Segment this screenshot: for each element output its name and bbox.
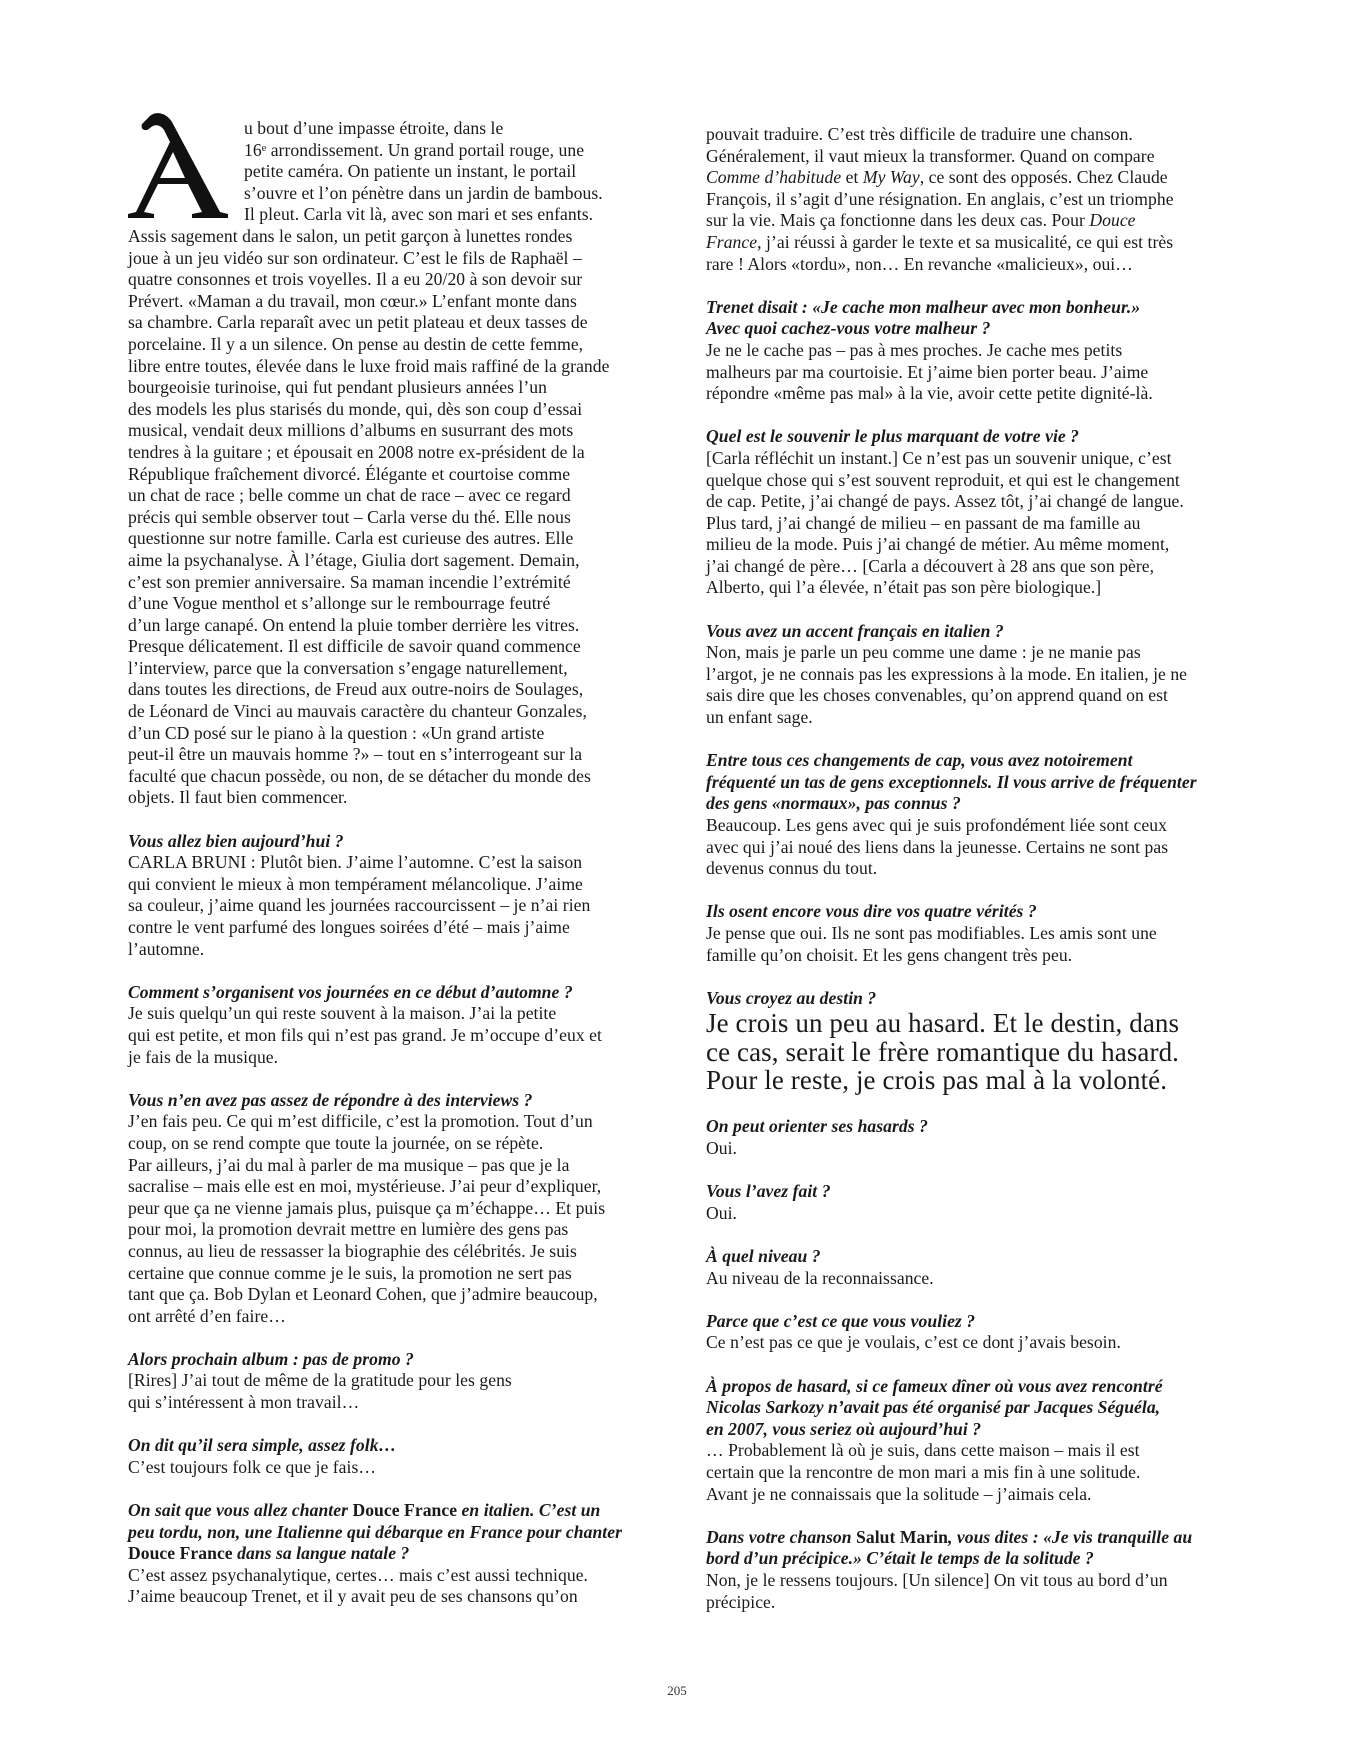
answer-line: qui convient le mieux à mon tempérament … bbox=[128, 874, 648, 896]
answer-line: Avant je ne connaissais que la solitude … bbox=[706, 1484, 1226, 1506]
answer-line: sais dire que les choses convenables, qu… bbox=[706, 685, 1226, 707]
question: Parce que c’est ce que vous vouliez ? bbox=[706, 1311, 1226, 1333]
question: en 2007, vous seriez où aujourd’hui ? bbox=[706, 1419, 1226, 1441]
intro-line: musical, vendait deux millions d’albums … bbox=[128, 420, 648, 442]
qa-block: On peut orienter ses hasards ? Oui. bbox=[706, 1116, 1226, 1159]
answer-line: quelque chose qui s’est souvent reprodui… bbox=[706, 470, 1226, 492]
intro-line: c’est son premier anniversaire. Sa maman… bbox=[128, 572, 648, 594]
intro-line: Prévert. «Maman a du travail, mon cœur.»… bbox=[128, 291, 648, 313]
answer-line: je fais de la musique. bbox=[128, 1047, 648, 1069]
answer-line: J’en fais peu. Ce qui m’est difficile, c… bbox=[128, 1111, 648, 1133]
answer-line: J’aime beaucoup Trenet, et il y avait pe… bbox=[128, 1586, 648, 1608]
intro-line: objets. Il faut bien commencer. bbox=[128, 787, 648, 809]
answer-line: Ce n’est pas ce que je voulais, c’est ce… bbox=[706, 1332, 1226, 1354]
qa-block: Parce que c’est ce que vous vouliez ? Ce… bbox=[706, 1311, 1226, 1354]
answer-line: avec qui j’ai noué des liens dans la jeu… bbox=[706, 837, 1226, 859]
question: Vous avez un accent français en italien … bbox=[706, 621, 1226, 643]
question: des gens «normaux», pas connus ? bbox=[706, 793, 1226, 815]
qa-block: Quel est le souvenir le plus marquant de… bbox=[706, 426, 1226, 599]
qa-block: Trenet disait : «Je cache mon malheur av… bbox=[706, 297, 1226, 405]
answer-line: sur la vie. Mais ça fonctionne dans les … bbox=[706, 210, 1226, 232]
answer-line: sacralise – mais elle est en moi, mystér… bbox=[128, 1176, 648, 1198]
question-part: dans sa langue natale ? bbox=[233, 1543, 410, 1563]
answer-line: Non, je le ressens toujours. [Un silence… bbox=[706, 1570, 1226, 1592]
question: On dit qu’il sera simple, assez folk… bbox=[128, 1435, 648, 1457]
answer-line: pouvait traduire. C’est très difficile d… bbox=[706, 124, 1226, 146]
answer-line: qui s’intéressent à mon travail… bbox=[128, 1392, 648, 1414]
answer-line: pour moi, la promotion devrait mettre en… bbox=[128, 1219, 648, 1241]
question-part: On sait que vous allez chanter bbox=[128, 1500, 352, 1520]
answer-line: milieu de la mode. Puis j’ai changé de m… bbox=[706, 534, 1226, 556]
answer-line: Non, mais je parle un peu comme une dame… bbox=[706, 642, 1226, 664]
question: On sait que vous allez chanter Douce Fra… bbox=[128, 1500, 648, 1522]
qa-block-salut-marin: Dans votre chanson Salut Marin, vous dit… bbox=[706, 1527, 1226, 1613]
answer-line: Oui. bbox=[706, 1138, 1226, 1160]
song-title: France bbox=[706, 232, 757, 252]
answer-line: [Carla réfléchit un instant.] Ce n’est p… bbox=[706, 448, 1226, 470]
song-title: Comme d’habitude bbox=[706, 167, 841, 187]
answer-line: de cap. Petite, j’ai changé de pays. Ass… bbox=[706, 491, 1226, 513]
qa-block: Vous allez bien aujourd’hui ? CARLA BRUN… bbox=[128, 831, 648, 961]
qa-block: Entre tous ces changements de cap, vous … bbox=[706, 750, 1226, 880]
intro-line: un chat de race ; belle comme un chat de… bbox=[128, 485, 648, 507]
intro-line: dans toutes les directions, de Freud aux… bbox=[128, 679, 648, 701]
question: À quel niveau ? bbox=[706, 1246, 1226, 1268]
answer-line: Plus tard, j’ai changé de milieu – en pa… bbox=[706, 513, 1226, 535]
song-title: Douce France bbox=[128, 1543, 233, 1563]
text-part: , ce sont des opposés. Chez Claude bbox=[920, 167, 1168, 187]
question: Alors prochain album : pas de promo ? bbox=[128, 1349, 648, 1371]
answer-line: précipice. bbox=[706, 1592, 1226, 1614]
question: On peut orienter ses hasards ? bbox=[706, 1116, 1226, 1138]
intro-paragraph: Assis sagement dans le salon, un petit g… bbox=[128, 226, 648, 809]
intro-line: joue à un jeu vidéo sur son ordinateur. … bbox=[128, 248, 648, 270]
intro-line: d’une Vogue menthol et s’allonge sur le … bbox=[128, 593, 648, 615]
page-number: 205 bbox=[0, 1683, 1354, 1699]
answer-line: Au niveau de la reconnaissance. bbox=[706, 1268, 1226, 1290]
intro-line: d’un CD posé sur le piano à la question … bbox=[128, 723, 648, 745]
intro-line: des models les plus starisés du monde, q… bbox=[128, 399, 648, 421]
answer-line: Oui. bbox=[706, 1203, 1226, 1225]
intro-line: République fraîchement divorcé. Élégante… bbox=[128, 464, 648, 486]
answer-line: l’argot, je ne connais pas les expressio… bbox=[706, 664, 1226, 686]
answer-line: tant que ça. Bob Dylan et Leonard Cohen,… bbox=[128, 1284, 648, 1306]
question: Vous croyez au destin ? bbox=[706, 988, 1226, 1010]
intro-line: tendres à la guitare ; et épousait en 20… bbox=[128, 442, 648, 464]
answer-line: Alberto, qui l’a élevée, n’était pas son… bbox=[706, 577, 1226, 599]
answer-line: CARLA BRUNI : Plutôt bien. J’aime l’auto… bbox=[128, 852, 648, 874]
question: Quel est le souvenir le plus marquant de… bbox=[706, 426, 1226, 448]
pull-answer-line: Je crois un peu au hasard. Et le destin,… bbox=[706, 1009, 1226, 1038]
qa-block: On dit qu’il sera simple, assez folk… C’… bbox=[128, 1435, 648, 1478]
answer-line: Je suis quelqu’un qui reste souvent à la… bbox=[128, 1003, 648, 1025]
intro-line: aime la psychanalyse. À l’étage, Giulia … bbox=[128, 550, 648, 572]
answer-line: [Rires] J’ai tout de même de la gratitud… bbox=[128, 1370, 648, 1392]
intro-line: de Léonard de Vinci au mauvais caractère… bbox=[128, 701, 648, 723]
answer-line: Généralement, il vaut mieux la transform… bbox=[706, 146, 1226, 168]
intro-line: sa chambre. Carla reparaît avec un petit… bbox=[128, 312, 648, 334]
question: Nicolas Sarkozy n’avait pas été organisé… bbox=[706, 1397, 1226, 1419]
answer-line: contre le vent parfumé des longues soiré… bbox=[128, 917, 648, 939]
answer-line: sa couleur, j’aime quand les journées ra… bbox=[128, 895, 648, 917]
question: Ils osent encore vous dire vos quatre vé… bbox=[706, 901, 1226, 923]
answer-line: l’automne. bbox=[128, 939, 648, 961]
text-part: , j’ai réussi à garder le texte et sa mu… bbox=[757, 232, 1173, 252]
intro-line: précis qui semble observer tout – Carla … bbox=[128, 507, 648, 529]
answer-line: France, j’ai réussi à garder le texte et… bbox=[706, 232, 1226, 254]
answer-line: François, il s’agit d’une résignation. E… bbox=[706, 189, 1226, 211]
answer-line: devenus connus du tout. bbox=[706, 858, 1226, 880]
question: À propos de hasard, si ce fameux dîner o… bbox=[706, 1376, 1226, 1398]
answer-line: rare ! Alors «tordu», non… En revanche «… bbox=[706, 254, 1226, 276]
qa-block: Vous n’en avez pas assez de répondre à d… bbox=[128, 1090, 648, 1328]
question: bord d’un précipice.» C’était le temps d… bbox=[706, 1548, 1226, 1570]
song-title: My Way bbox=[863, 167, 920, 187]
answer-line: certaine que connue comme je le suis, la… bbox=[128, 1263, 648, 1285]
question: peu tordu, non, une Italienne qui débarq… bbox=[128, 1522, 648, 1544]
intro-line: peut-il être un mauvais homme ?» – tout … bbox=[128, 744, 648, 766]
qa-block: Ils osent encore vous dire vos quatre vé… bbox=[706, 901, 1226, 966]
intro-line: porcelaine. Il y a un silence. On pense … bbox=[128, 334, 648, 356]
intro-line: libre entre toutes, élevée dans le luxe … bbox=[128, 356, 648, 378]
answer-line: qui est petite, et mon fils qui n’est pa… bbox=[128, 1025, 648, 1047]
song-title: Douce bbox=[1089, 210, 1135, 230]
question: Vous n’en avez pas assez de répondre à d… bbox=[128, 1090, 648, 1112]
answer-line: Je pense que oui. Ils ne sont pas modifi… bbox=[706, 923, 1226, 945]
question: Comment s’organisent vos journées en ce … bbox=[128, 982, 648, 1004]
qa-block-destin: Vous croyez au destin ? Je crois un peu … bbox=[706, 988, 1226, 1095]
answer-line: Par ailleurs, j’ai du mal à parler de ma… bbox=[128, 1155, 648, 1177]
question-part: en italien. C’est un bbox=[457, 1500, 600, 1520]
intro-line: quatre consonnes et trois voyelles. Il a… bbox=[128, 269, 648, 291]
question: Avec quoi cachez-vous votre malheur ? bbox=[706, 318, 1226, 340]
question: Trenet disait : «Je cache mon malheur av… bbox=[706, 297, 1226, 319]
qa-block: Comment s’organisent vos journées en ce … bbox=[128, 982, 648, 1068]
answer-line: famille qu’on choisit. Et les gens chang… bbox=[706, 945, 1226, 967]
answer-line: Comme d’habitude et My Way, ce sont des … bbox=[706, 167, 1226, 189]
intro-line: l’interview, parce que la conversation s… bbox=[128, 658, 648, 680]
answer-line: connus, au lieu de ressasser la biograph… bbox=[128, 1241, 648, 1263]
song-title: Salut Marin bbox=[856, 1527, 948, 1547]
qa-block: Alors prochain album : pas de promo ? [R… bbox=[128, 1349, 648, 1414]
answer-line: peur que ça ne vienne jamais plus, puisq… bbox=[128, 1198, 648, 1220]
intro-line: faculté que chacun possède, ou non, de s… bbox=[128, 766, 648, 788]
qa-block: Vous l’avez fait ? Oui. bbox=[706, 1181, 1226, 1224]
intro-opening: u bout d’une impasse étroite, dans le 16… bbox=[128, 118, 648, 226]
answer-line: coup, on se rend compte que toute la jou… bbox=[128, 1133, 648, 1155]
question-part: , vous dites : «Je vis tranquille au bbox=[948, 1527, 1192, 1547]
qa-block: À quel niveau ? Au niveau de la reconnai… bbox=[706, 1246, 1226, 1289]
intro-line: Assis sagement dans le salon, un petit g… bbox=[128, 226, 648, 248]
question-part: Dans votre chanson bbox=[706, 1527, 856, 1547]
right-column: pouvait traduire. C’est très difficile d… bbox=[706, 124, 1226, 1613]
pull-answer-line: Pour le reste, je crois pas mal à la vol… bbox=[706, 1066, 1226, 1095]
answer-line: … Probablement là où je suis, dans cette… bbox=[706, 1440, 1226, 1462]
answer-line: ont arrêté d’en faire… bbox=[128, 1306, 648, 1328]
answer-line: j’ai changé de père… [Carla a découvert … bbox=[706, 556, 1226, 578]
continued-answer: pouvait traduire. C’est très difficile d… bbox=[706, 124, 1226, 275]
answer-line: certain que la rencontre de mon mari a m… bbox=[706, 1462, 1226, 1484]
question: Vous allez bien aujourd’hui ? bbox=[128, 831, 648, 853]
qa-block: À propos de hasard, si ce fameux dîner o… bbox=[706, 1376, 1226, 1506]
answer-line: malheurs par ma courtoisie. Et j’aime bi… bbox=[706, 362, 1226, 384]
qa-block-douce-france: On sait que vous allez chanter Douce Fra… bbox=[128, 1500, 648, 1608]
intro-line: d’un large canapé. On entend la pluie to… bbox=[128, 615, 648, 637]
question: Douce France dans sa langue natale ? bbox=[128, 1543, 648, 1565]
question: Entre tous ces changements de cap, vous … bbox=[706, 750, 1226, 772]
question: fréquenté un tas de gens exceptionnels. … bbox=[706, 772, 1226, 794]
answer-line: un enfant sage. bbox=[706, 707, 1226, 729]
pull-answer-line: ce cas, serait le frère romantique du ha… bbox=[706, 1038, 1226, 1067]
answer-line: C’est toujours folk ce que je fais… bbox=[128, 1457, 648, 1479]
intro-line: questionne sur notre famille. Carla est … bbox=[128, 528, 648, 550]
text-part: sur la vie. Mais ça fonctionne dans les … bbox=[706, 210, 1089, 230]
song-title: Douce France bbox=[352, 1500, 457, 1520]
dropcap-letter-a bbox=[128, 112, 238, 220]
question: Dans votre chanson Salut Marin, vous dit… bbox=[706, 1527, 1226, 1549]
qa-block: Vous avez un accent français en italien … bbox=[706, 621, 1226, 729]
question: Vous l’avez fait ? bbox=[706, 1181, 1226, 1203]
answer-line: Beaucoup. Les gens avec qui je suis prof… bbox=[706, 815, 1226, 837]
answer-line: répondre «même pas mal» à la vie, avoir … bbox=[706, 383, 1226, 405]
left-column: u bout d’une impasse étroite, dans le 16… bbox=[128, 118, 648, 1608]
answer-line: Je ne le cache pas – pas à mes proches. … bbox=[706, 340, 1226, 362]
answer-line: C’est assez psychanalytique, certes… mai… bbox=[128, 1565, 648, 1587]
text-part: et bbox=[841, 167, 863, 187]
intro-line: Presque délicatement. Il est difficile d… bbox=[128, 636, 648, 658]
intro-line: bourgeoisie turinoise, qui fut pendant p… bbox=[128, 377, 648, 399]
